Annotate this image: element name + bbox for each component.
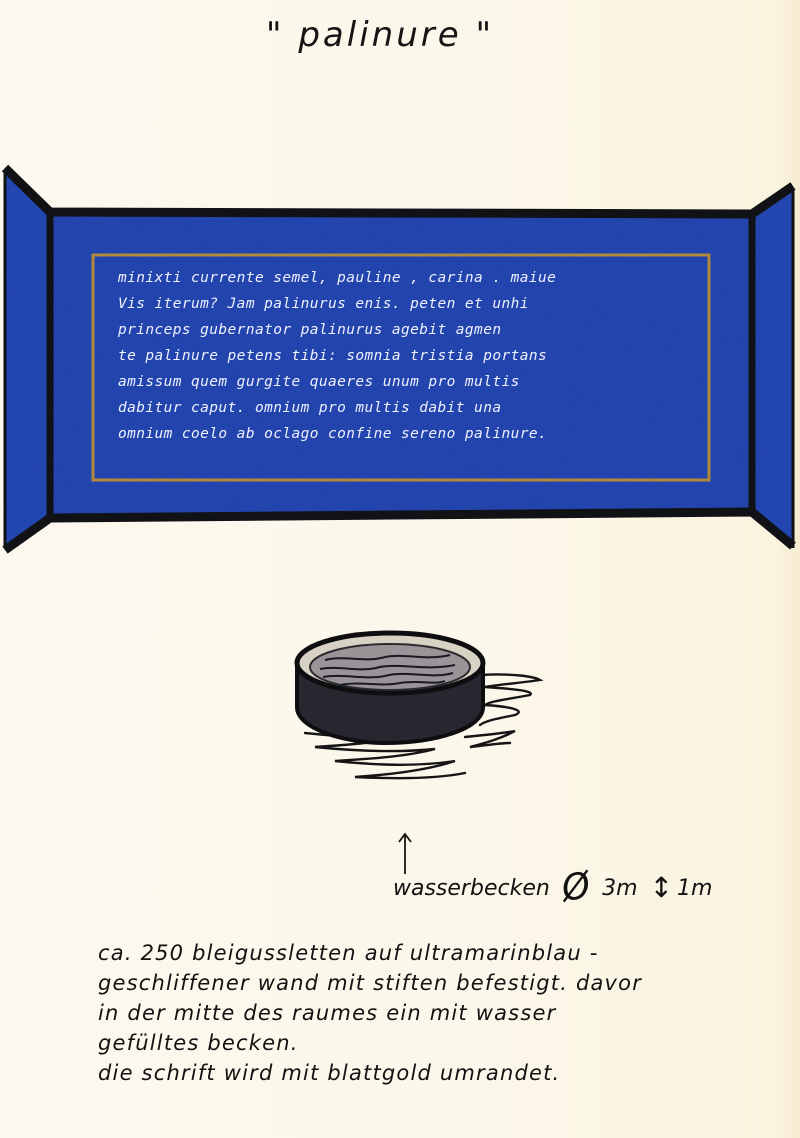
basin-diameter: 3m (602, 876, 637, 901)
inscription-line: omnium coelo ab oclago confine sereno pa… (100, 421, 705, 447)
page-title: " palinure " (245, 10, 515, 60)
height-arrow-icon: ↕ (650, 874, 673, 902)
inscription-line: dabitur caput. omnium pro multis dabit u… (100, 395, 705, 421)
inscription-line: minixti currente semel, pauline , carina… (100, 265, 705, 291)
note-line: gefülltes becken. (98, 1028, 778, 1058)
note-line: geschliffener wand mit stiften befestigt… (98, 968, 778, 998)
inscription-line: te palinure petens tibi: somnia tristia … (100, 343, 705, 369)
room-wall-drawing: minixti currente semel, pauline , carina… (0, 160, 800, 560)
description-notes: ca. 250 bleigussletten auf ultramarinbla… (98, 938, 778, 1088)
latin-inscription: minixti currente semel, pauline , carina… (100, 265, 705, 475)
diameter-icon: Ø (559, 868, 593, 908)
sketch-page: " palinure " (0, 0, 800, 1138)
note-line: die schrift wird mit blattgold umrandet. (98, 1058, 778, 1088)
basin-label: wasserbecken (393, 876, 550, 901)
inscription-line: Vis iterum? Jam palinurus enis. peten et… (100, 291, 705, 317)
basin-caption: wasserbecken Ø 3m ↕ 1m (393, 868, 712, 908)
water-basin-sketch (285, 625, 555, 800)
inscription-line: amissum quem gurgite quaeres unum pro mu… (100, 369, 705, 395)
note-line: in der mitte des raumes ein mit wasser (98, 998, 778, 1028)
inscription-line: princeps gubernator palinurus agebit agm… (100, 317, 705, 343)
basin-height: 1m (677, 876, 712, 901)
note-line: ca. 250 bleigussletten auf ultramarinbla… (98, 938, 778, 968)
